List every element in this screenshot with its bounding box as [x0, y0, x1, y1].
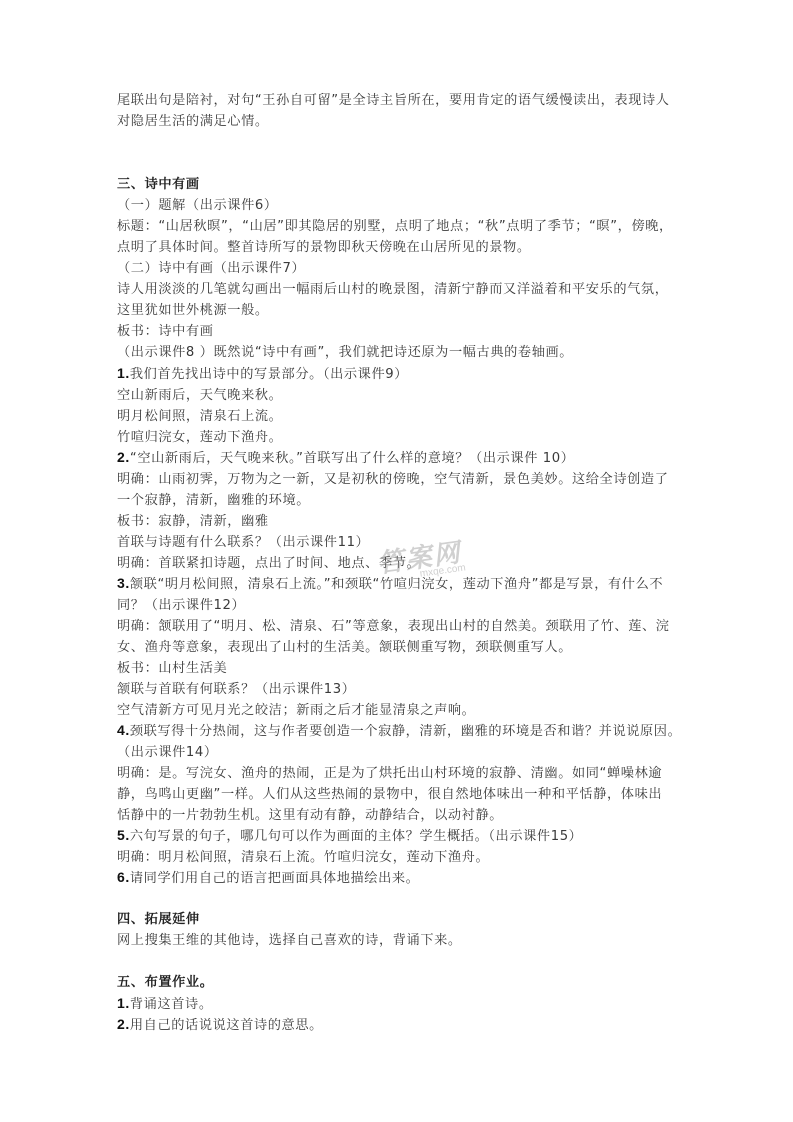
paragraph-line: 标题：“山居秋暝”，“山居”即其隐居的别墅，点明了地点；“秋”点明了季节；“暝”… [117, 216, 692, 237]
paragraph-line: 网上搜集王维的其他诗，选择自己喜欢的诗，背诵下来。 [117, 930, 692, 951]
list-item: 板书：寂静，清新，幽雅 [117, 510, 692, 531]
list-item: 2.“空山新雨后，天气晚来秋。”首联写出了什么样的意境？（出示课件 10） [117, 447, 692, 468]
item-number: 1. [117, 365, 130, 381]
list-item: （出示课件14） [117, 741, 692, 762]
item-text: 静，鸟鸣山更幽”一样。人们从这些热闹的景物中，很自然地体味出一种和平恬静，体味出 [117, 787, 662, 802]
item-number: 6. [117, 869, 130, 885]
item-text: 颈联写得十分热闹，这与作者要创造一个寂静，清新，幽雅的环境是否和谐？并说说原因。 [130, 724, 682, 739]
item-text: 竹喧归浣女，莲动下渔舟。 [117, 430, 282, 445]
list-item: 板书：山村生活美 [117, 657, 692, 678]
item-text: 明确：首联紧扣诗题，点出了时间、地点、季节。 [117, 556, 420, 571]
section-heading-3: 三、诗中有画 [117, 174, 692, 195]
paragraph-line: 尾联出句是陪衬，对句“王孙自可留”是全诗主旨所在，要用肯定的语气缓慢读出，表现诗… [117, 90, 692, 111]
item-text: 一个寂静，清新，幽雅的环境。 [117, 493, 310, 508]
item-number: 2. [117, 449, 130, 465]
item-text: 明确：颔联用了“明月、松、清泉、石”等意象，表现出山村的自然美。颈联用了竹、莲、… [117, 619, 670, 634]
paragraph-line: 点明了具体时间。整首诗所写的景物即秋天傍晚在山居所见的景物。 [117, 237, 692, 258]
item-text: 空气清新方可见月光之皎洁；新雨之后才能显清泉之声响。 [117, 703, 475, 718]
list-item: 6.请同学们用自己的语言把画面具体地描绘出来。 [117, 867, 692, 888]
item-text: （出示课件14） [117, 745, 218, 760]
list-item: 静，鸟鸣山更幽”一样。人们从这些热闹的景物中，很自然地体味出一种和平恬静，体味出 [117, 783, 692, 804]
item-number: 4. [117, 722, 130, 738]
list-item: 颔联与首联有何联系？（出示课件13） [117, 678, 692, 699]
list-item: 5.六句写景的句子，哪几句可以作为画面的主体？学生概括。（出示课件15） [117, 825, 692, 846]
list-item: 女、渔舟等意象，表现出了山村的生活美。颔联侧重写物，颈联侧重写人。 [117, 636, 692, 657]
list-item: 明确：明月松间照，清泉石上流。竹喧归浣女，莲动下渔舟。 [117, 846, 692, 867]
item-text: 六句写景的句子，哪几句可以作为画面的主体？学生概括。（出示课件15） [130, 829, 583, 844]
section-heading-4: 四、拓展延伸 [117, 909, 692, 930]
item-text: 空山新雨后，天气晚来秋。 [117, 388, 282, 403]
item-text: 首联与诗题有什么联系？（出示课件11） [117, 535, 369, 550]
list-item: 3.颔联“明月松间照，清泉石上流。”和颈联“竹喧归浣女，莲动下渔舟”都是写景，有… [117, 573, 692, 594]
paragraph-line: 这里犹如世外桃源一般。 [117, 300, 692, 321]
item-text: 明月松间照，清泉石上流。 [117, 409, 282, 424]
item-number: 1. [117, 995, 130, 1011]
spacer [117, 951, 692, 972]
item-text: “空山新雨后，天气晚来秋。”首联写出了什么样的意境？（出示课件 10） [130, 451, 575, 466]
item-number: 5. [117, 827, 130, 843]
item-text: 板书：寂静，清新，幽雅 [117, 514, 269, 529]
item-text: 明确：山雨初霁，万物为之一新，又是初秋的傍晚，空气清新，景色美妙。这给全诗创造了 [117, 472, 669, 487]
list-item: 首联与诗题有什么联系？（出示课件11） [117, 531, 692, 552]
item-text: 恬静中的一片勃勃生机。这里有动有静，动静结合，以动衬静。 [117, 808, 503, 823]
list-item: 4.颈联写得十分热闹，这与作者要创造一个寂静，清新，幽雅的环境是否和谐？并说说原… [117, 720, 692, 741]
paragraph-line: 对隐居生活的满足心情。 [117, 111, 692, 132]
list-item: 明确：是。写浣女、渔舟的热闹，正是为了烘托出山村环境的寂静、清幽。如同“蝉噪林逾 [117, 762, 692, 783]
paragraph-line: （二）诗中有画（出示课件7） [117, 258, 692, 279]
paragraph-line: （一）题解（出示课件6） [117, 195, 692, 216]
item-text: 板书：山村生活美 [117, 661, 227, 676]
list-item: 同？（出示课件12） [117, 594, 692, 615]
item-text: 用自己的话说说这首诗的意思。 [130, 1018, 323, 1033]
item-text: 同？（出示课件12） [117, 598, 245, 613]
item-text: 颔联“明月松间照，清泉石上流。”和颈联“竹喧归浣女，莲动下渔舟”都是写景，有什么… [130, 577, 663, 592]
list-item: 恬静中的一片勃勃生机。这里有动有静，动静结合，以动衬静。 [117, 804, 692, 825]
item-text: 明确：明月松间照，清泉石上流。竹喧归浣女，莲动下渔舟。 [117, 850, 489, 865]
section-heading-5: 五、布置作业。 [117, 972, 692, 993]
list-item: 明确：首联紧扣诗题，点出了时间、地点、季节。 [117, 552, 692, 573]
item-text: 请同学们用自己的语言把画面具体地描绘出来。 [130, 871, 420, 886]
list-item: 空气清新方可见月光之皎洁；新雨之后才能显清泉之声响。 [117, 699, 692, 720]
list-item: 1.背诵这首诗。 [117, 993, 692, 1014]
paragraph-line: 板书：诗中有画 [117, 321, 692, 342]
item-number: 2. [117, 1016, 130, 1032]
spacer [117, 153, 692, 174]
item-text: 我们首先找出诗中的写景部分。（出示课件9） [130, 367, 408, 382]
item-text: 颔联与首联有何联系？（出示课件13） [117, 682, 356, 697]
list-item: 1.我们首先找出诗中的写景部分。（出示课件9） [117, 363, 692, 384]
spacer [117, 132, 692, 153]
list-item: 空山新雨后，天气晚来秋。 [117, 384, 692, 405]
list-item: 竹喧归浣女，莲动下渔舟。 [117, 426, 692, 447]
list-item: 一个寂静，清新，幽雅的环境。 [117, 489, 692, 510]
item-text: 背诵这首诗。 [130, 997, 213, 1012]
paragraph-line: 诗人用淡淡的几笔就勾画出一幅雨后山村的晚景图，清新宁静而又洋溢着和平安乐的气氛， [117, 279, 692, 300]
item-number: 3. [117, 575, 130, 591]
list-item: 明月松间照，清泉石上流。 [117, 405, 692, 426]
item-text: 明确：是。写浣女、渔舟的热闹，正是为了烘托出山村环境的寂静、清幽。如同“蝉噪林逾 [117, 766, 662, 781]
list-item: 明确：颔联用了“明月、松、清泉、石”等意象，表现出山村的自然美。颈联用了竹、莲、… [117, 615, 692, 636]
list-item: 明确：山雨初霁，万物为之一新，又是初秋的傍晚，空气清新，景色美妙。这给全诗创造了 [117, 468, 692, 489]
paragraph-line: （出示课件8 ）既然说“诗中有画”，我们就把诗还原为一幅古典的卷轴画。 [117, 342, 692, 363]
item-text: 女、渔舟等意象，表现出了山村的生活美。颔联侧重写物，颈联侧重写人。 [117, 640, 572, 655]
document-page: 尾联出句是陪衬，对句“王孙自可留”是全诗主旨所在，要用肯定的语气缓慢读出，表现诗… [117, 90, 692, 1035]
spacer [117, 888, 692, 909]
list-item: 2.用自己的话说说这首诗的意思。 [117, 1014, 692, 1035]
